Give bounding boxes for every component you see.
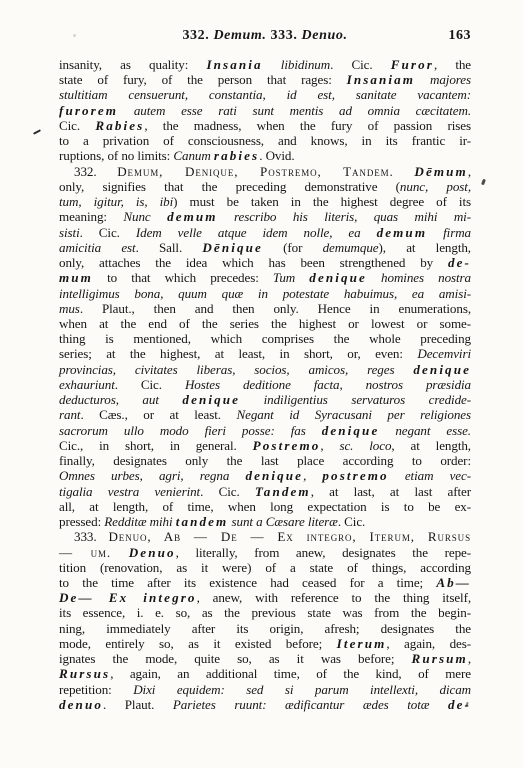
text-line: thing is mentioned, which comprises the … [59, 331, 471, 346]
text-segment: denique [322, 423, 380, 438]
text-segment: sacrorum ullo modo fieri posse: fas [59, 423, 322, 438]
text-segment: its essence, i. e. so, as the previous s… [59, 605, 471, 620]
text-segment: thing is mentioned, which comprises the … [59, 331, 471, 346]
text-segment: tition (renovation, as it were) of a sta… [59, 560, 471, 575]
text-segment: , anew, with reference to the thing itse… [197, 590, 471, 605]
text-line: ignates the mode, quite so, as it was be… [59, 651, 471, 666]
text-segment: Redditæ mihi [104, 514, 175, 529]
text-line: tum, igitur, is, ibi) must be taken in t… [59, 194, 471, 209]
text-line: only, signifies that the preceding demon… [59, 179, 471, 194]
text-segment: , at last, at last after [311, 484, 471, 499]
text-segment: finally, designates only the last place … [59, 453, 471, 468]
text-segment: (for [263, 240, 323, 255]
text-segment: tum, igitur, is, ibi [59, 194, 173, 209]
text-segment: denique [182, 392, 240, 407]
text-segment: Denuo. [302, 28, 348, 43]
text-line: series; at the highest, at least, in sho… [59, 346, 471, 361]
text-segment: . Plaut., then and then only. Hence in e… [80, 301, 471, 316]
text-segment: ) must be taken in the highest degree of… [173, 194, 471, 209]
text-segment: Rabies [95, 118, 144, 133]
text-line: 333. Denuo, Ab — De — Ex integro, Iterum… [59, 529, 471, 544]
text-line: when at the end of the series the highes… [59, 316, 471, 331]
text-segment: Demum, Denique, Postremo, Tandem. [117, 164, 394, 179]
text-segment: homines nostra [367, 270, 471, 285]
text-segment: only, attaches the idea which has been s… [59, 255, 448, 270]
text-line: state of fury, of the person that rages:… [59, 72, 471, 87]
text-segment: to a privation of consciousness, and kno… [59, 133, 471, 148]
text-segment: Rursum [412, 651, 468, 666]
text-segment: . Cic. [115, 377, 185, 392]
text-segment: Idem velle atque idem nolle, ea [136, 225, 377, 240]
page-header: 332. Demum. 333. Denuo. 163 [59, 28, 471, 46]
text-segment: Denuo [129, 545, 176, 560]
text-segment: . Plaut. [103, 697, 173, 712]
text-segment: Postremo [253, 438, 321, 453]
text-segment: Dixi equidem: sed si parum intellexti, d… [133, 682, 471, 697]
text-segment: Rursus [59, 666, 110, 681]
text-segment: repetition: [59, 682, 133, 697]
text-segment: all, at length, of time, when long expec… [59, 499, 471, 514]
text-segment: autem esse rati sunt mentis ad omnia cæc… [118, 103, 471, 118]
text-line: intelligimus bona, quum quæ in potestate… [59, 286, 471, 301]
text-segment: amicitia est [59, 240, 136, 255]
text-segment: Canum [173, 148, 214, 163]
text-segment: 333. [74, 529, 108, 544]
text-segment: Omnes urbes, agri, regna [59, 468, 245, 483]
text-segment: Insania [206, 57, 262, 72]
text-segment: etiam vec- [389, 468, 471, 483]
text-segment: , the madness, when the fury of passion … [144, 118, 471, 133]
text-line: sacrorum ullo modo fieri posse: fas deni… [59, 423, 471, 438]
text-segment: mode, entirely so, as it existed before; [59, 636, 337, 651]
text-line: stultitiam censuerunt, constantia, id es… [59, 87, 471, 102]
text-segment: postremo [322, 468, 388, 483]
scan-speck [33, 129, 41, 135]
text-line: Rursus, again, an additional time, of th… [59, 666, 471, 681]
text-segment: state of fury, of the person that rages: [59, 72, 347, 87]
text-segment: denique [245, 468, 303, 483]
text-segment: Ab— [436, 575, 471, 590]
text-line: to a privation of consciousness, and kno… [59, 133, 471, 148]
text-segment: tigalia vestra venierint [59, 484, 200, 499]
text-segment: nunc, post, [400, 179, 471, 194]
text-segment: Nunc [123, 209, 167, 224]
text-segment: denuo [59, 697, 103, 712]
text-line: repetition: Dixi equidem: sed si parum i… [59, 682, 471, 697]
running-title: 332. Demum. 333. Denuo. [59, 28, 471, 44]
text-segment: series; at the highest, at least, in sho… [59, 346, 417, 361]
text-segment: Tum [273, 270, 309, 285]
text-segment: 332. [74, 164, 117, 179]
text-line: provincias, civitates liberas, socios, a… [59, 362, 471, 377]
text-line: all, at length, of time, when long expec… [59, 499, 471, 514]
text-segment: — um. [59, 545, 129, 560]
text-segment: ruptions, of no limits: [59, 148, 173, 163]
text-segment: intelligimus bona, quum quæ in potestate… [59, 286, 471, 301]
text-segment: . Sall. [136, 240, 203, 255]
text-line: furorem autem esse rati sunt mentis ad o… [59, 103, 471, 118]
text-segment: tandem [176, 514, 229, 529]
text-segment: rant [59, 407, 80, 422]
text-segment: Negant id Syracusani per religiones [236, 407, 471, 422]
scan-speck [73, 34, 76, 37]
text-segment: , the [434, 57, 471, 72]
page-number: 163 [449, 28, 472, 44]
text-segment: when at the end of the series the highes… [59, 316, 471, 331]
text-segment: stultitiam censuerunt, constantia, id es… [59, 87, 471, 102]
text-segment: sunt a Cæsare literæ [228, 514, 337, 529]
text-segment: De— Ex integro [59, 590, 197, 605]
text-line: Cic., in short, in general. Postremo, sc… [59, 438, 471, 453]
text-segment: , [303, 468, 322, 483]
text-line: to the time after its existence had ceas… [59, 575, 471, 590]
text-segment: mum [59, 270, 93, 285]
text-segment: Decemviri [417, 346, 471, 361]
text-segment: meaning: [59, 209, 123, 224]
text-line: rant. Cæs., or at least. Negant id Syrac… [59, 407, 471, 422]
text-segment: demum [167, 209, 218, 224]
text-line: sisti. Cic. Idem velle atque idem nolle,… [59, 225, 471, 240]
text-segment: ning, immediately after its origin, afre… [59, 621, 471, 636]
text-line: Cic. Rabies, the madness, when the fury … [59, 118, 471, 133]
text-segment: exhauriunt [59, 377, 115, 392]
text-line: denuo. Plaut. Parietes ruunt: ædificantu… [59, 697, 471, 712]
text-segment: , [320, 438, 339, 453]
text-segment: furorem [59, 103, 118, 118]
text-segment: Iterum [337, 636, 387, 651]
text-segment: Parietes ruunt: ædificantur ædes totæ [173, 697, 448, 712]
text-segment: to the time after its existence had ceas… [59, 575, 436, 590]
text-segment: , [468, 651, 471, 666]
text-line: pressed: Redditæ mihi tandem sunt a Cæsa… [59, 514, 471, 529]
text-line: mode, entirely so, as it existed before;… [59, 636, 471, 651]
text-line: ning, immediately after its origin, afre… [59, 621, 471, 636]
text-line: meaning: Nunc demum rescribo his literis… [59, 209, 471, 224]
text-segment: Insaniam [347, 72, 415, 87]
book-page: 332. Demum. 333. Denuo. 163 insanity, as… [0, 0, 523, 768]
text-line: only, attaches the idea which has been s… [59, 255, 471, 270]
text-segment [394, 164, 415, 179]
text-segment: Hostes deditione facta, nostros præsidia [185, 377, 471, 392]
text-line: mus. Plaut., then and then only. Hence i… [59, 301, 471, 316]
text-segment: deducturos, aut [59, 392, 182, 407]
text-line: 332. Demum, Denique, Postremo, Tandem. D… [59, 164, 471, 179]
text-line: insanity, as quality: Insania libidinum.… [59, 57, 471, 72]
text-segment: , again, des- [386, 636, 471, 651]
text-line: amicitia est. Sall. Dēnique (for demumqu… [59, 240, 471, 255]
text-segment: only, signifies that the preceding demon… [59, 179, 400, 194]
text-segment: Demum. [213, 28, 266, 43]
text-line: finally, designates only the last place … [59, 453, 471, 468]
text-segment: Cic., in short, in general. [59, 438, 253, 453]
text-segment: de- [448, 255, 471, 270]
text-segment: libidinum [263, 57, 330, 72]
text-segment: , at length, [391, 438, 471, 453]
text-segment: negant esse. [379, 423, 471, 438]
text-segment: rescribo his literis, quas mihi mi- [218, 209, 471, 224]
text-segment: majores [415, 72, 471, 87]
text-segment: . Cic. [200, 484, 255, 499]
text-segment: Denuo, Ab — De — Ex integro, Iterum, Rur… [108, 529, 471, 544]
text-segment: Furor [391, 57, 434, 72]
text-segment: to that which precedes: [93, 270, 273, 285]
text-segment: . Cic. [330, 57, 391, 72]
text-line: Omnes urbes, agri, regna denique, postre… [59, 468, 471, 483]
text-segment: demum [377, 225, 428, 240]
text-segment: rabies [214, 148, 259, 163]
text-segment: sisti [59, 225, 80, 240]
text-segment: Tandem [255, 484, 311, 499]
text-segment: Dēmum [414, 164, 467, 179]
text-segment: , literally, from anew, designates the r… [176, 545, 471, 560]
text-segment: . Cic. [80, 225, 136, 240]
text-segment: denique [309, 270, 367, 285]
text-segment: firma [427, 225, 471, 240]
text-line: tigalia vestra venierint. Cic. Tandem, a… [59, 484, 471, 499]
text-segment: 333. [266, 28, 301, 43]
text-segment: indiligentius servaturos credide- [240, 392, 471, 407]
text-segment: . Cæs., or at least. [80, 407, 236, 422]
scan-speck [481, 179, 486, 186]
text-segment: insanity, as quality: [59, 57, 206, 72]
text-segment: , [468, 164, 471, 179]
text-segment: 332. [182, 28, 213, 43]
text-segment: demumque [323, 240, 379, 255]
text-line: De— Ex integro, anew, with reference to … [59, 590, 471, 605]
text-segment: denique [413, 362, 471, 377]
text-segment: Cic. [59, 118, 95, 133]
text-line: ruptions, of no limits: Canum rabies. Ov… [59, 148, 471, 163]
text-segment: . Cic. [338, 514, 365, 529]
text-segment: pressed: [59, 514, 104, 529]
text-segment: provincias, civitates liberas, socios, a… [59, 362, 413, 377]
text-block: insanity, as quality: Insania libidinum.… [59, 57, 471, 712]
text-segment: sc. loco [339, 438, 391, 453]
text-line: — um. Denuo, literally, from anew, desig… [59, 545, 471, 560]
text-segment: . Ovid. [259, 148, 294, 163]
text-line: deducturos, aut denique indiligentius se… [59, 392, 471, 407]
text-line: exhauriunt. Cic. Hostes deditione facta,… [59, 377, 471, 392]
text-line: mum to that which precedes: Tum denique … [59, 270, 471, 285]
text-segment: Dēnique [202, 240, 263, 255]
text-segment: ), at length, [379, 240, 471, 255]
text-segment: mus [59, 301, 80, 316]
text-segment: ignates the mode, quite so, as it was be… [59, 651, 412, 666]
text-line: tition (renovation, as it were) of a sta… [59, 560, 471, 575]
text-line: its essence, i. e. so, as the previous s… [59, 605, 471, 620]
text-segment: , again, an additional time, of the kind… [110, 666, 471, 681]
